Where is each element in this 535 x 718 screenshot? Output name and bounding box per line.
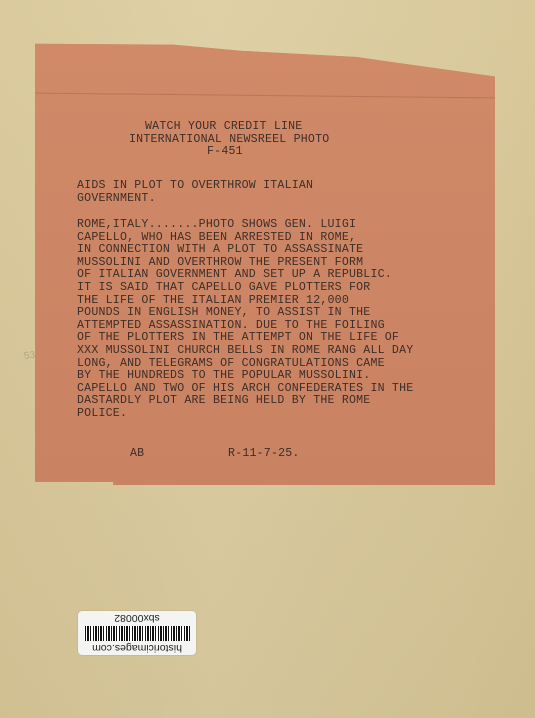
barcode-label: historicimages.com sbx00082 <box>78 611 196 655</box>
headline: AIDS IN PLOT TO OVERTHROW ITALIAN GOVERN… <box>77 180 313 205</box>
typist-initials: AB <box>130 448 144 461</box>
label-code: sbx00082 <box>78 612 196 624</box>
caption-body: ROME,ITALY.......PHOTO SHOWS GEN. LUIGI … <box>77 219 413 421</box>
photo-number: F-451 <box>145 146 329 159</box>
credit-header: WATCH YOUR CREDIT LINEINTERNATIONAL NEWS… <box>145 121 329 159</box>
label-site: historicimages.com <box>78 642 196 654</box>
date-code: R-11-7-25. <box>228 448 300 461</box>
barcode-icon <box>84 626 190 641</box>
credit-line: WATCH YOUR CREDIT LINE <box>145 121 329 134</box>
